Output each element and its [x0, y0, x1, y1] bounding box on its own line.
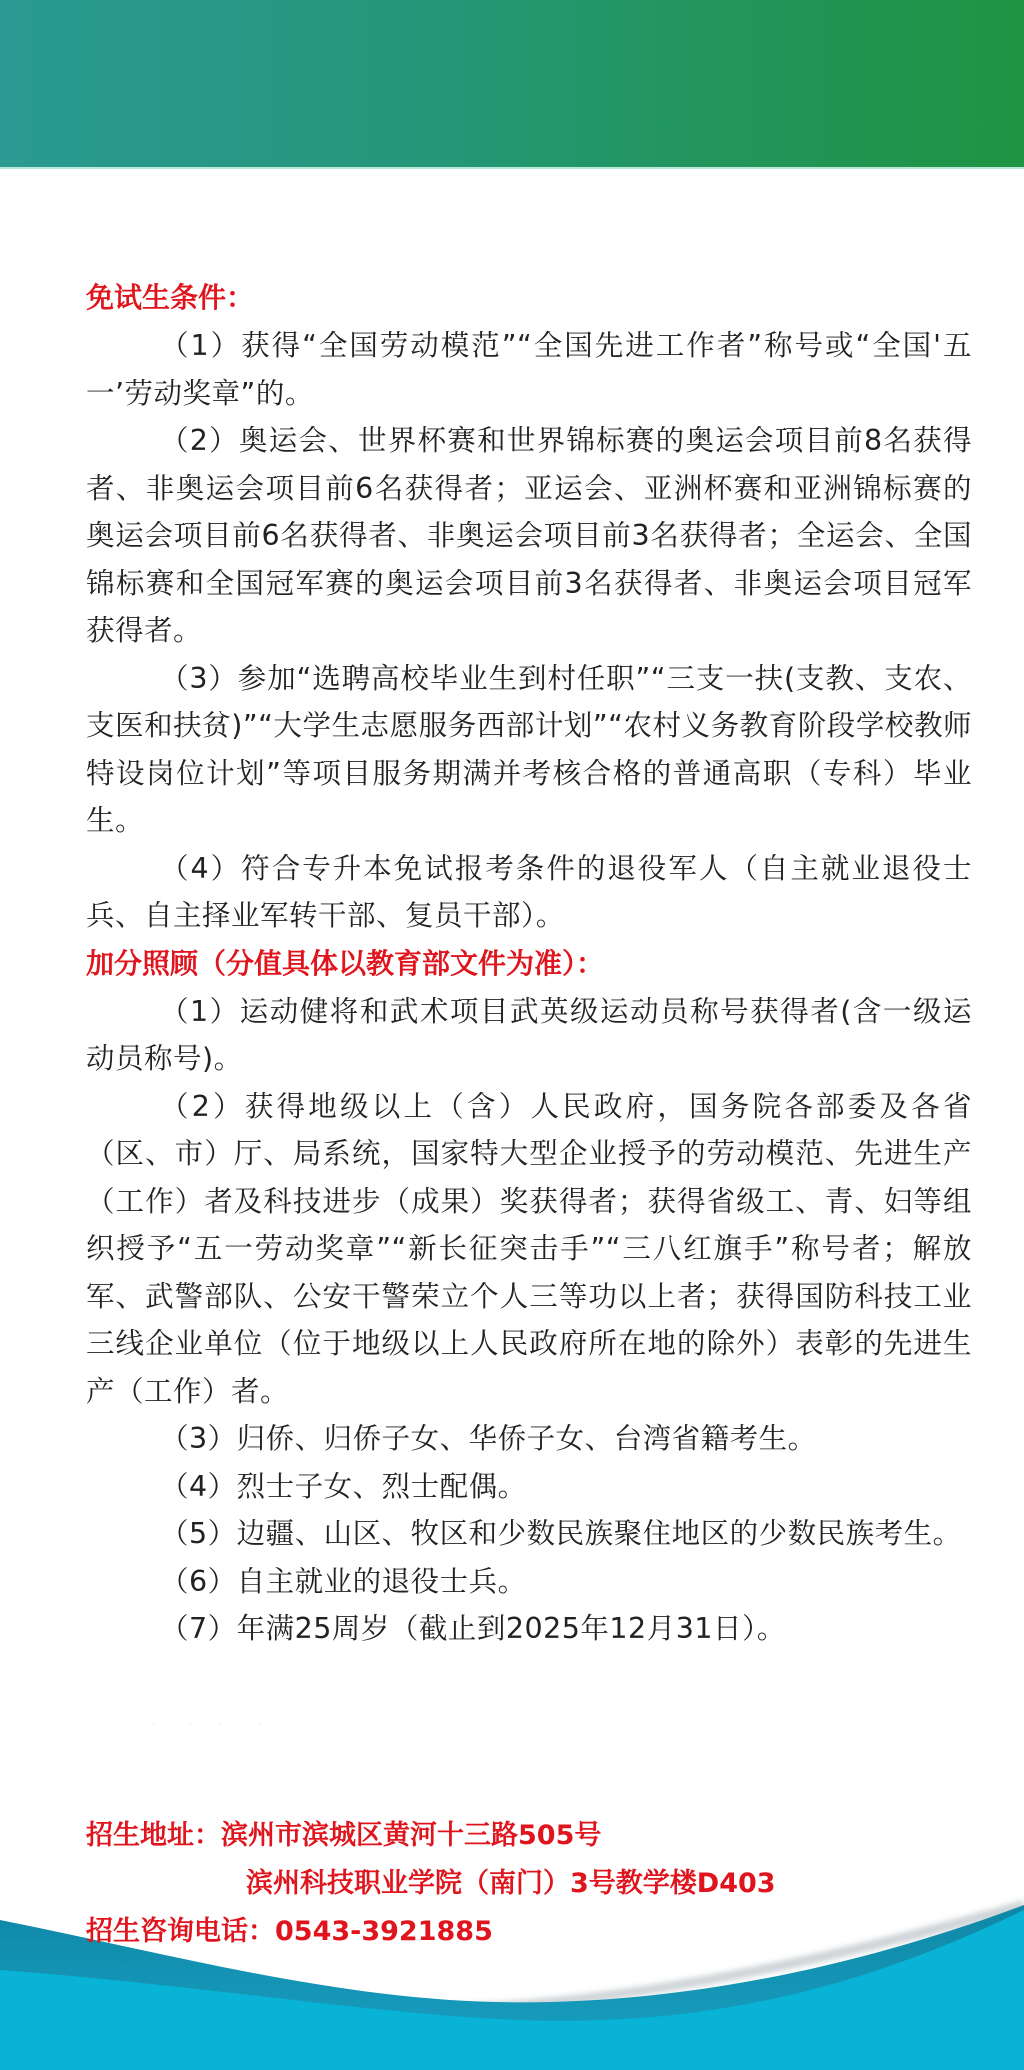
faint-dots-decoration [150, 1722, 270, 1726]
bonus-item-3: （3）归侨、归侨子女、华侨子女、台湾省籍考生。 [86, 1415, 972, 1463]
address-line-1: 招生地址：滨州市滨城区黄河十三路505号 [86, 1812, 986, 1860]
bonus-section-title: 加分照顾（分值具体以教育部文件为准）： [86, 940, 972, 988]
bonus-item-7: （7）年满25周岁（截止到2025年12月31日）。 [86, 1605, 972, 1653]
address-value-2: 滨州科技职业学院（南门）3号教学楼D403 [246, 1868, 776, 1899]
bonus-item-6: （6）自主就业的退役士兵。 [86, 1558, 972, 1606]
phone-line: 招生咨询电话：0543-3921885 [86, 1908, 986, 1956]
exempt-item-1: （1）获得“全国劳动模范”“全国先进工作者”称号或“全国'五一’劳动奖章”的。 [86, 322, 972, 417]
phone-number[interactable]: 0543-3921885 [275, 1916, 493, 1947]
bonus-item-2: （2）获得地级以上（含）人民政府，国务院各部委及各省（区、市）厅、局系统，国家特… [86, 1083, 972, 1416]
bonus-item-4: （4）烈士子女、烈士配偶。 [86, 1463, 972, 1511]
main-content: 免试生条件： （1）获得“全国劳动模范”“全国先进工作者”称号或“全国'五一’劳… [86, 274, 972, 1653]
exempt-item-4: （4）符合专升本免试报考条件的退役军人（自主就业退役士兵、自主择业军转干部、复员… [86, 845, 972, 940]
address-label: 招生地址： [86, 1820, 221, 1851]
exempt-section-title: 免试生条件： [86, 274, 972, 322]
top-banner [0, 0, 1024, 169]
bonus-item-5: （5）边疆、山区、牧区和少数民族聚住地区的少数民族考生。 [86, 1510, 972, 1558]
address-line-2: 滨州科技职业学院（南门）3号教学楼D403 [86, 1860, 986, 1908]
address-value-1: 滨州市滨城区黄河十三路505号 [221, 1820, 601, 1851]
contact-block: 招生地址：滨州市滨城区黄河十三路505号 滨州科技职业学院（南门）3号教学楼D4… [86, 1812, 986, 1956]
bonus-item-1: （1）运动健将和武术项目武英级运动员称号获得者(含一级运动员称号)。 [86, 988, 972, 1083]
exempt-item-3: （3）参加“选聘高校毕业生到村任职”“三支一扶(支教、支农、支医和扶贫)”“大学… [86, 655, 972, 845]
phone-label: 招生咨询电话： [86, 1916, 275, 1947]
exempt-item-2: （2）奥运会、世界杯赛和世界锦标赛的奥运会项目前8名获得者、非奥运会项目前6名获… [86, 417, 972, 655]
